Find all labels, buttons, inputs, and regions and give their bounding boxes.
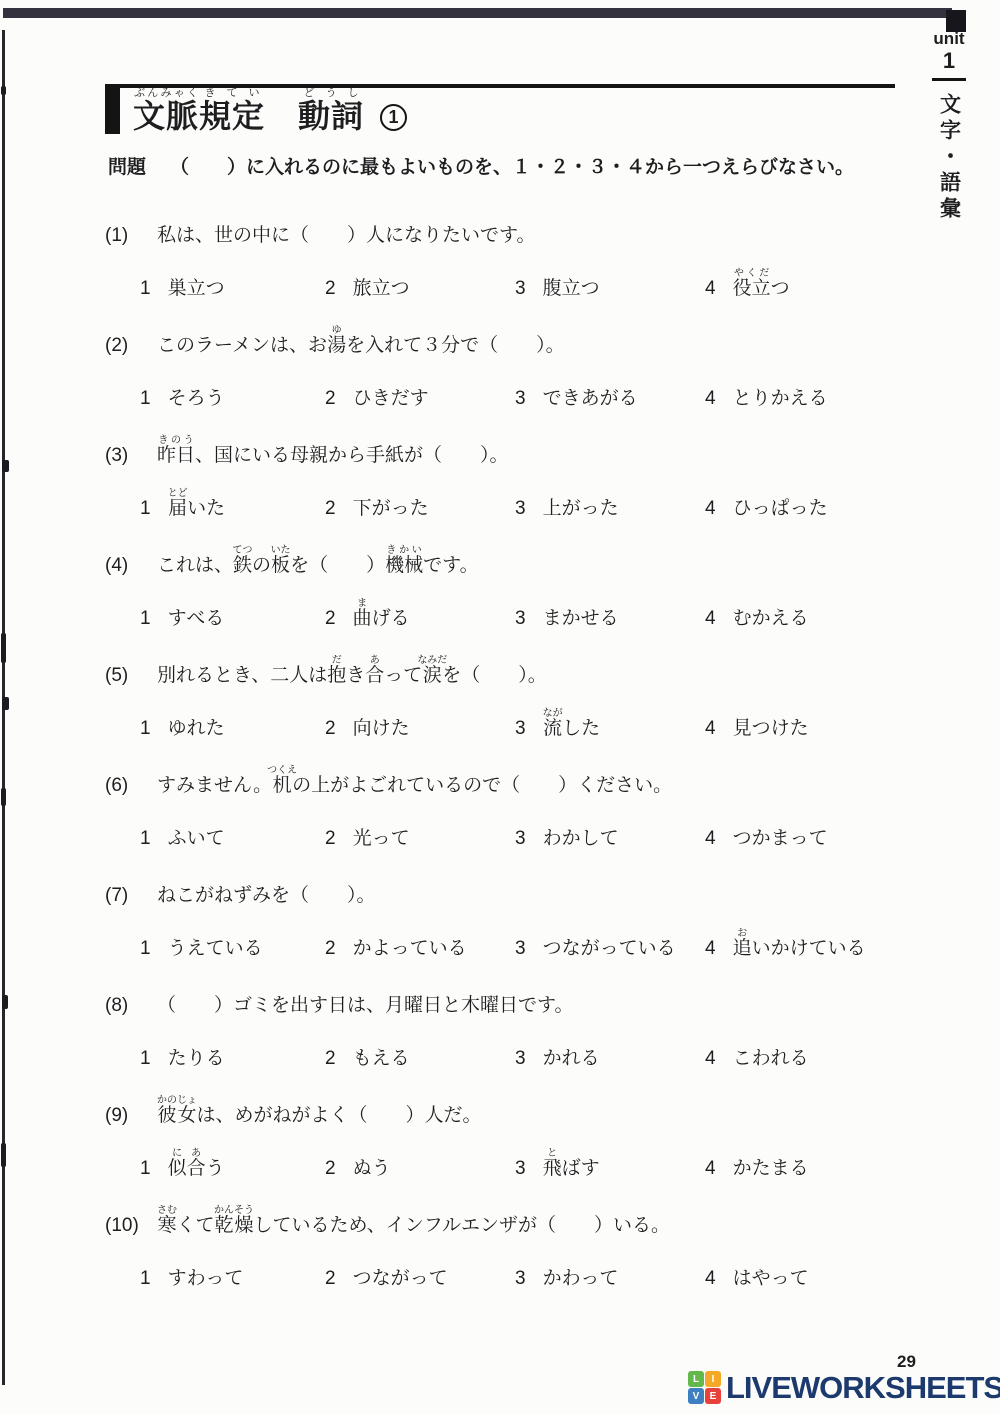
option-text: 役立やくだつ xyxy=(733,268,790,300)
option-text: たりる xyxy=(168,1043,225,1070)
answer-option[interactable]: 1ふいて xyxy=(140,823,325,850)
option-number: 1 xyxy=(140,1158,151,1180)
answer-option[interactable]: 2向けた xyxy=(325,713,515,740)
question-number: (3) xyxy=(105,445,157,467)
answer-option[interactable]: 3できあがる xyxy=(515,383,705,410)
answer-option[interactable]: 1すわって xyxy=(140,1263,325,1290)
question-block: (8)（ ）ゴミを出す日は、月曜日と木曜日です。1たりる2もえる3かれる4こわれ… xyxy=(105,975,905,1085)
option-text: 下がった xyxy=(353,493,429,520)
option-number: 2 xyxy=(325,828,336,850)
answer-option[interactable]: 1うえている xyxy=(140,933,325,960)
option-number: 3 xyxy=(515,498,526,520)
answer-option[interactable]: 2つながって xyxy=(325,1263,515,1290)
option-text: わかして xyxy=(543,823,619,850)
title-marker-bar xyxy=(105,87,120,134)
answer-option[interactable]: 3まかせる xyxy=(515,603,705,630)
option-number: 3 xyxy=(515,718,526,740)
option-text: かよっている xyxy=(353,933,467,960)
option-number: 2 xyxy=(325,1158,336,1180)
question-sentence: 彼女かのじょは、めがねがよく（ ）人だ。 xyxy=(157,1095,482,1127)
option-text: 向けた xyxy=(353,713,410,740)
option-number: 4 xyxy=(705,1268,716,1290)
option-number: 2 xyxy=(325,498,336,520)
answer-option[interactable]: 1そろう xyxy=(140,383,325,410)
answer-option[interactable]: 3かれる xyxy=(515,1043,705,1070)
question-number: (10) xyxy=(105,1215,157,1237)
option-number: 3 xyxy=(515,608,526,630)
liveworksheets-logo-icon: LIVE xyxy=(688,1371,721,1404)
question-number: (9) xyxy=(105,1105,157,1127)
logo-square: E xyxy=(705,1388,721,1404)
liveworksheets-logo-text: LIVEWORKSHEETS xyxy=(726,1372,1000,1403)
option-text: うえている xyxy=(168,933,263,960)
option-text: かれる xyxy=(543,1043,600,1070)
answer-option[interactable]: 3流ながした xyxy=(515,708,705,740)
questions-list: (1)私は、世の中に（ ）人になりたいです。1巣立つ2旅立つ3腹立つ4役立やくだ… xyxy=(105,205,905,1305)
option-text: そろう xyxy=(168,383,225,410)
answer-option[interactable]: 2曲まげる xyxy=(325,598,515,630)
question-sentence: 別れるとき、二人は抱だき合あって涙なみだを（ ）。 xyxy=(157,655,547,687)
option-text: 流ながした xyxy=(543,708,601,740)
question-sentence: このラーメンは、お湯ゆを入れて３分で（ ）。 xyxy=(157,325,565,357)
option-number: 3 xyxy=(515,388,526,410)
answer-option[interactable]: 2旅立つ xyxy=(325,273,515,300)
unit-sidebar: unit 1 文字・語彙 xyxy=(918,30,980,228)
question-number: (4) xyxy=(105,555,157,577)
option-number: 3 xyxy=(515,278,526,300)
option-number: 4 xyxy=(705,498,716,520)
answer-option[interactable]: 4見つけた xyxy=(705,713,905,740)
answer-option[interactable]: 3腹立つ xyxy=(515,273,705,300)
instruction-text: （ ）に入れるのに最もよいものを、１・２・３・４から一つえらびなさい。 xyxy=(170,152,854,179)
question-block: (5)別れるとき、二人は抱だき合あって涙なみだを（ ）。1ゆれた2向けた3流なが… xyxy=(105,645,905,755)
option-text: 巣立つ xyxy=(168,273,225,300)
option-number: 4 xyxy=(705,278,716,300)
question-block: (6)すみません。机つくえの上がよごれているので（ ）ください。1ふいて2光って… xyxy=(105,755,905,865)
option-text: すべる xyxy=(168,603,225,630)
option-number: 4 xyxy=(705,608,716,630)
option-number: 1 xyxy=(140,938,151,960)
option-text: 飛とばす xyxy=(543,1148,600,1180)
option-number: 1 xyxy=(140,388,151,410)
option-text: 見つけた xyxy=(733,713,809,740)
option-text: 旅立つ xyxy=(353,273,410,300)
question-sentence: 私は、世の中に（ ）人になりたいです。 xyxy=(157,220,535,247)
option-text: 光って xyxy=(353,823,410,850)
option-number: 3 xyxy=(515,938,526,960)
question-block: (9)彼女かのじょは、めがねがよく（ ）人だ。1似合にあう2ぬう3飛とばす4かた… xyxy=(105,1085,905,1195)
option-text: ふいて xyxy=(168,823,225,850)
answer-option[interactable]: 3上がった xyxy=(515,493,705,520)
question-sentence: （ ）ゴミを出す日は、月曜日と木曜日です。 xyxy=(157,990,573,1017)
question-sentence: これは、鉄てつの板いたを（ ）機械きかいです。 xyxy=(157,545,479,577)
option-number: 1 xyxy=(140,278,151,300)
option-text: すわって xyxy=(168,1263,244,1290)
answer-option[interactable]: 1ゆれた xyxy=(140,713,325,740)
question-number: (7) xyxy=(105,885,157,907)
option-text: むかえる xyxy=(733,603,809,630)
page-title-text: 文脈ぶんみゃく規定きてい 動詞どうし xyxy=(133,87,364,134)
answer-option[interactable]: 4はやって xyxy=(705,1263,905,1290)
option-text: 上がった xyxy=(543,493,619,520)
answer-option[interactable]: 2かよっている xyxy=(325,933,515,960)
option-text: ひっぱった xyxy=(733,493,828,520)
logo-square: L xyxy=(688,1371,704,1387)
option-text: つながって xyxy=(353,1263,448,1290)
section-title-vertical: 文字・語彙 xyxy=(939,93,960,223)
answer-option[interactable]: 3わかして xyxy=(515,823,705,850)
option-number: 2 xyxy=(325,388,336,410)
option-number: 2 xyxy=(325,278,336,300)
answer-option[interactable]: 4役立やくだつ xyxy=(705,268,905,300)
option-text: 届とどいた xyxy=(168,488,226,520)
question-block: (10)寒さむくて乾燥かんそうしているため、インフルエンザが（ ）いる。1すわっ… xyxy=(105,1195,905,1305)
answer-option[interactable]: 4追おいかけている xyxy=(705,928,905,960)
option-number: 1 xyxy=(140,1268,151,1290)
option-text: かわって xyxy=(543,1263,619,1290)
answer-option[interactable]: 1似合にあう xyxy=(140,1148,325,1180)
question-block: (2)このラーメンは、お湯ゆを入れて３分で（ ）。1そろう2ひきだす3できあがる… xyxy=(105,315,905,425)
unit-label: unit xyxy=(918,30,980,49)
unit-number: 1 xyxy=(918,49,980,73)
answer-option[interactable]: 3飛とばす xyxy=(515,1148,705,1180)
answer-option[interactable]: 4とりかえる xyxy=(705,383,905,410)
scan-blob xyxy=(2,460,9,472)
title-circled-number: 1 xyxy=(380,104,407,131)
question-sentence: すみません。机つくえの上がよごれているので（ ）ください。 xyxy=(157,765,672,797)
instruction-line: 問題 （ ）に入れるのに最もよいものを、１・２・３・４から一つえらびなさい。 xyxy=(108,152,854,179)
scan-blob xyxy=(1,86,6,95)
question-sentence: 昨日きのう、国にいる母親から手紙が（ ）。 xyxy=(157,435,509,467)
unit-rule xyxy=(932,78,966,81)
option-text: 曲まげる xyxy=(353,598,410,630)
option-number: 1 xyxy=(140,718,151,740)
question-block: (3)昨日きのう、国にいる母親から手紙が（ ）。1届とどいた2下がった3上がった… xyxy=(105,425,905,535)
scan-blob xyxy=(1,633,6,663)
option-text: 腹立つ xyxy=(543,273,600,300)
option-number: 3 xyxy=(515,1268,526,1290)
answer-option[interactable]: 1巣立つ xyxy=(140,273,325,300)
option-text: できあがる xyxy=(543,383,638,410)
liveworksheets-logo[interactable]: LIVE LIVEWORKSHEETS xyxy=(688,1371,1000,1404)
scan-blob xyxy=(1,788,6,806)
answer-option[interactable]: 4こわれる xyxy=(705,1043,905,1070)
logo-square: V xyxy=(688,1388,704,1404)
option-text: つかまって xyxy=(733,823,828,850)
option-number: 2 xyxy=(325,938,336,960)
option-number: 2 xyxy=(325,718,336,740)
option-number: 1 xyxy=(140,828,151,850)
option-text: もえる xyxy=(353,1043,410,1070)
option-number: 1 xyxy=(140,608,151,630)
logo-square: I xyxy=(705,1371,721,1387)
option-number: 4 xyxy=(705,828,716,850)
option-number: 1 xyxy=(140,1048,151,1070)
option-text: つながっている xyxy=(543,933,676,960)
answer-option[interactable]: 2下がった xyxy=(325,493,515,520)
instruction-label: 問題 xyxy=(108,152,146,179)
option-number: 3 xyxy=(515,1048,526,1070)
answer-option[interactable]: 1たりる xyxy=(140,1043,325,1070)
answer-option[interactable]: 2ひきだす xyxy=(325,383,515,410)
option-text: 似合にあう xyxy=(168,1148,225,1180)
answer-option[interactable]: 1届とどいた xyxy=(140,488,325,520)
option-number: 3 xyxy=(515,1158,526,1180)
question-number: (1) xyxy=(105,225,157,247)
question-block: (7)ねこがねずみを（ ）。1うえている2かよっている3つながっている4追おいか… xyxy=(105,865,905,975)
question-number: (2) xyxy=(105,335,157,357)
answer-option[interactable]: 2もえる xyxy=(325,1043,515,1070)
option-number: 2 xyxy=(325,1048,336,1070)
option-text: かたまる xyxy=(733,1153,809,1180)
option-text: 追おいかけている xyxy=(733,928,866,960)
scan-blob xyxy=(1,1143,6,1167)
question-number: (6) xyxy=(105,775,157,797)
option-text: ぬう xyxy=(353,1153,391,1180)
question-block: (1)私は、世の中に（ ）人になりたいです。1巣立つ2旅立つ3腹立つ4役立やくだ… xyxy=(105,205,905,315)
option-number: 4 xyxy=(705,718,716,740)
scan-blob xyxy=(2,995,8,1009)
worksheet-page: unit 1 文字・語彙 文脈ぶんみゃく規定きてい 動詞どうし 1 問題 （ ）… xyxy=(0,0,1000,1414)
option-number: 2 xyxy=(325,608,336,630)
option-number: 4 xyxy=(705,388,716,410)
answer-option[interactable]: 3かわって xyxy=(515,1263,705,1290)
scan-top-bar xyxy=(3,8,952,18)
page-title: 文脈ぶんみゃく規定きてい 動詞どうし 1 xyxy=(105,87,407,134)
option-number: 4 xyxy=(705,938,716,960)
option-number: 4 xyxy=(705,1048,716,1070)
option-text: とりかえる xyxy=(733,383,828,410)
option-text: ひきだす xyxy=(353,383,429,410)
question-number: (8) xyxy=(105,995,157,1017)
option-text: ゆれた xyxy=(168,713,225,740)
answer-option[interactable]: 4ひっぱった xyxy=(705,493,905,520)
option-number: 1 xyxy=(140,498,151,520)
option-number: 2 xyxy=(325,1268,336,1290)
answer-option[interactable]: 2ぬう xyxy=(325,1153,515,1180)
page-number: 29 xyxy=(897,1352,916,1372)
scan-blob xyxy=(2,697,9,710)
answer-option[interactable]: 2光って xyxy=(325,823,515,850)
option-text: こわれる xyxy=(733,1043,809,1070)
answer-option[interactable]: 4むかえる xyxy=(705,603,905,630)
question-number: (5) xyxy=(105,665,157,687)
answer-option[interactable]: 4かたまる xyxy=(705,1153,905,1180)
option-text: はやって xyxy=(733,1263,809,1290)
option-number: 3 xyxy=(515,828,526,850)
answer-option[interactable]: 3つながっている xyxy=(515,933,705,960)
question-sentence: 寒さむくて乾燥かんそうしているため、インフルエンザが（ ）いる。 xyxy=(157,1205,670,1237)
answer-option[interactable]: 4つかまって xyxy=(705,823,905,850)
answer-option[interactable]: 1すべる xyxy=(140,603,325,630)
question-sentence: ねこがねずみを（ ）。 xyxy=(157,880,376,907)
option-number: 4 xyxy=(705,1158,716,1180)
option-text: まかせる xyxy=(543,603,619,630)
question-block: (4)これは、鉄てつの板いたを（ ）機械きかいです。1すべる2曲まげる3まかせる… xyxy=(105,535,905,645)
